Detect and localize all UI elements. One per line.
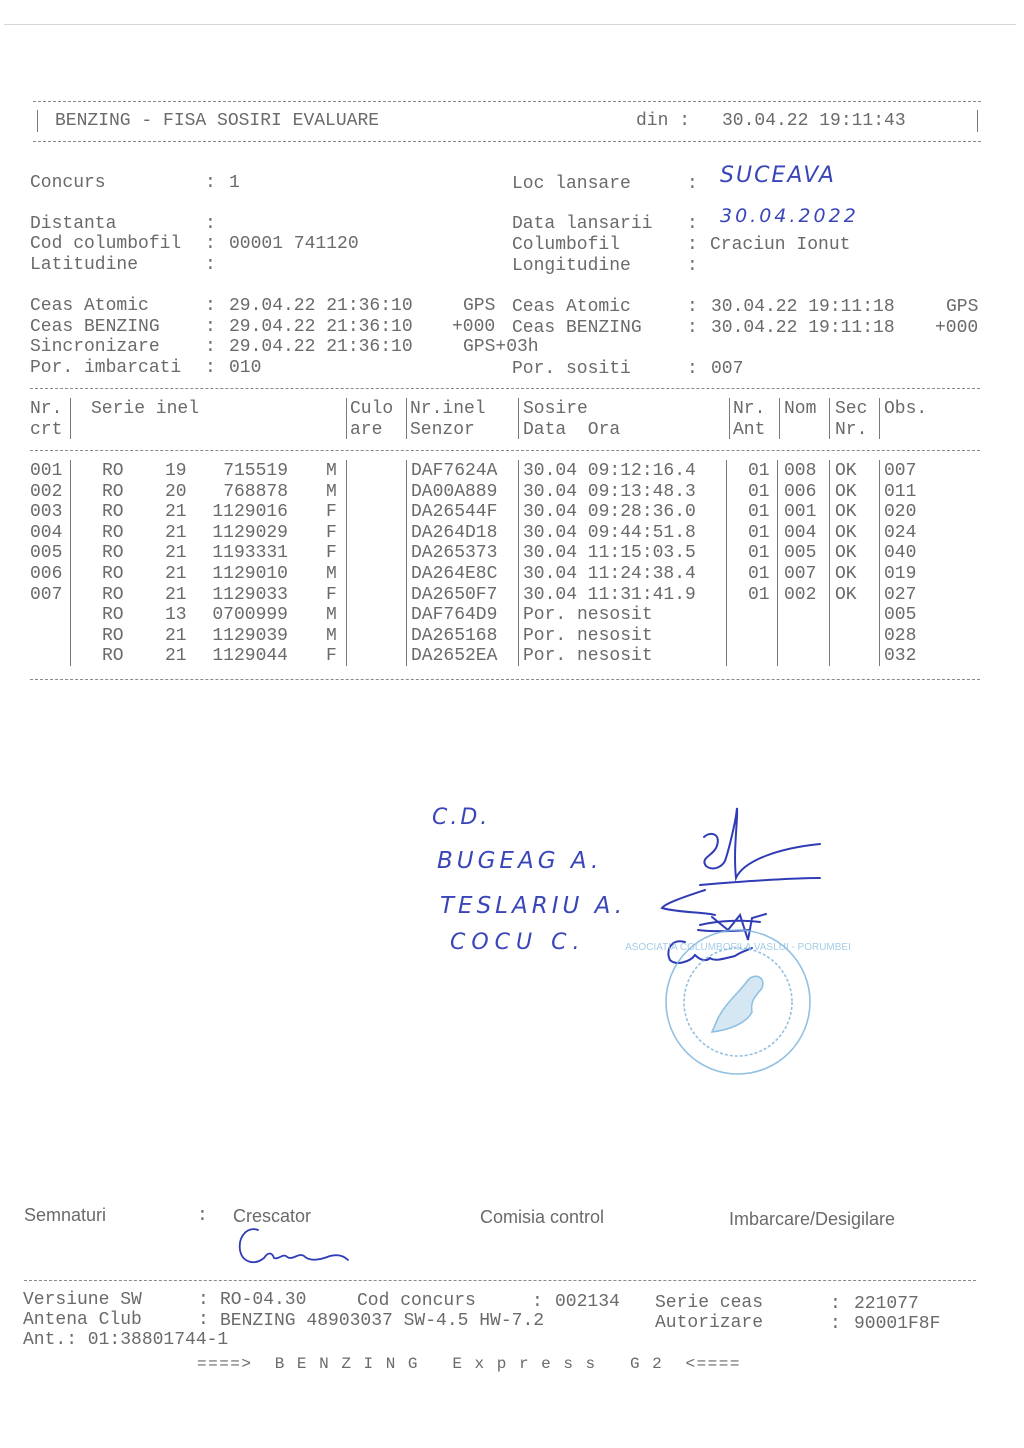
versiune-sw-label: Versiune SW	[23, 1290, 142, 1311]
serie-ceas-value: 221077	[854, 1294, 919, 1315]
footer-rule	[24, 1280, 976, 1281]
antena-club-value: BENZING 48903037 SW-4.5 HW-7.2	[220, 1311, 544, 1332]
colon: :	[532, 1292, 543, 1313]
antena-club-label: Antena Club	[23, 1310, 142, 1331]
signatures-label: Semnaturi	[24, 1205, 106, 1226]
benzing-banner: ====> B E N Z I N G E x p r e s s G 2 <=…	[197, 1354, 741, 1375]
autorizare-label: Autorizare	[655, 1313, 763, 1334]
colon: :	[830, 1314, 841, 1335]
colon: :	[198, 1310, 209, 1331]
crescator-signature-icon	[230, 1222, 360, 1270]
serie-ceas-label: Serie ceas	[655, 1293, 763, 1314]
cod-concurs-label: Cod concurs	[357, 1291, 476, 1312]
svg-text:ASOCIATIA COLUMBOFILA VASLUI -: ASOCIATIA COLUMBOFILA VASLUI - PORUMBEI	[625, 942, 851, 953]
cod-concurs-value: 002134	[555, 1292, 620, 1313]
colon: :	[198, 1290, 209, 1311]
signatures-colon: :	[197, 1206, 208, 1227]
signature-comisia-label: Comisia control	[480, 1207, 604, 1228]
autorizare-value: 90001F8F	[854, 1314, 940, 1335]
antenna-id-line: Ant.: 01:38801744-1	[23, 1330, 228, 1351]
commission-signatures-icon: ASOCIATIA COLUMBOFILA VASLUI - PORUMBEI	[0, 0, 1024, 1448]
versiune-sw-value: RO-04.30	[220, 1290, 306, 1311]
signature-imbarcare-label: Imbarcare/Desigilare	[729, 1209, 895, 1230]
colon: :	[830, 1294, 841, 1315]
